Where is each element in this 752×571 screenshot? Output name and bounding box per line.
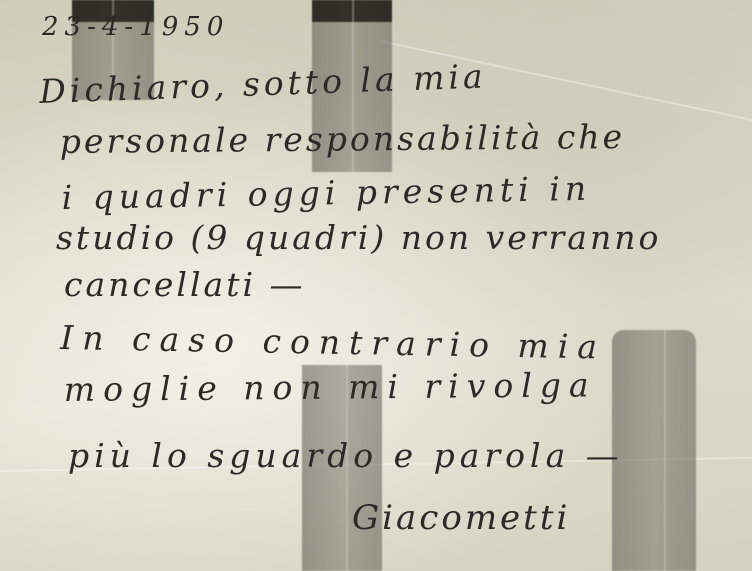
handwritten-note-photo: 23-4-1950 Dichiaro, sotto la mia persona… xyxy=(0,0,752,571)
signature: Giacometti xyxy=(352,498,570,538)
note-line-3: i quadri oggi presenti in xyxy=(61,169,591,217)
note-line-8: più lo sguardo e parola — xyxy=(68,436,624,475)
note-line-5: cancellati — xyxy=(64,265,306,304)
note-line-4: studio (9 quadri) non verranno xyxy=(56,218,661,257)
tape-strip xyxy=(612,330,696,571)
note-date: 23-4-1950 xyxy=(42,12,229,42)
note-line-2: personale responsabilità che xyxy=(60,117,626,161)
note-line-6: In caso contrario mia xyxy=(60,318,606,367)
note-line-7: moglie non mi rivolga xyxy=(64,365,597,409)
